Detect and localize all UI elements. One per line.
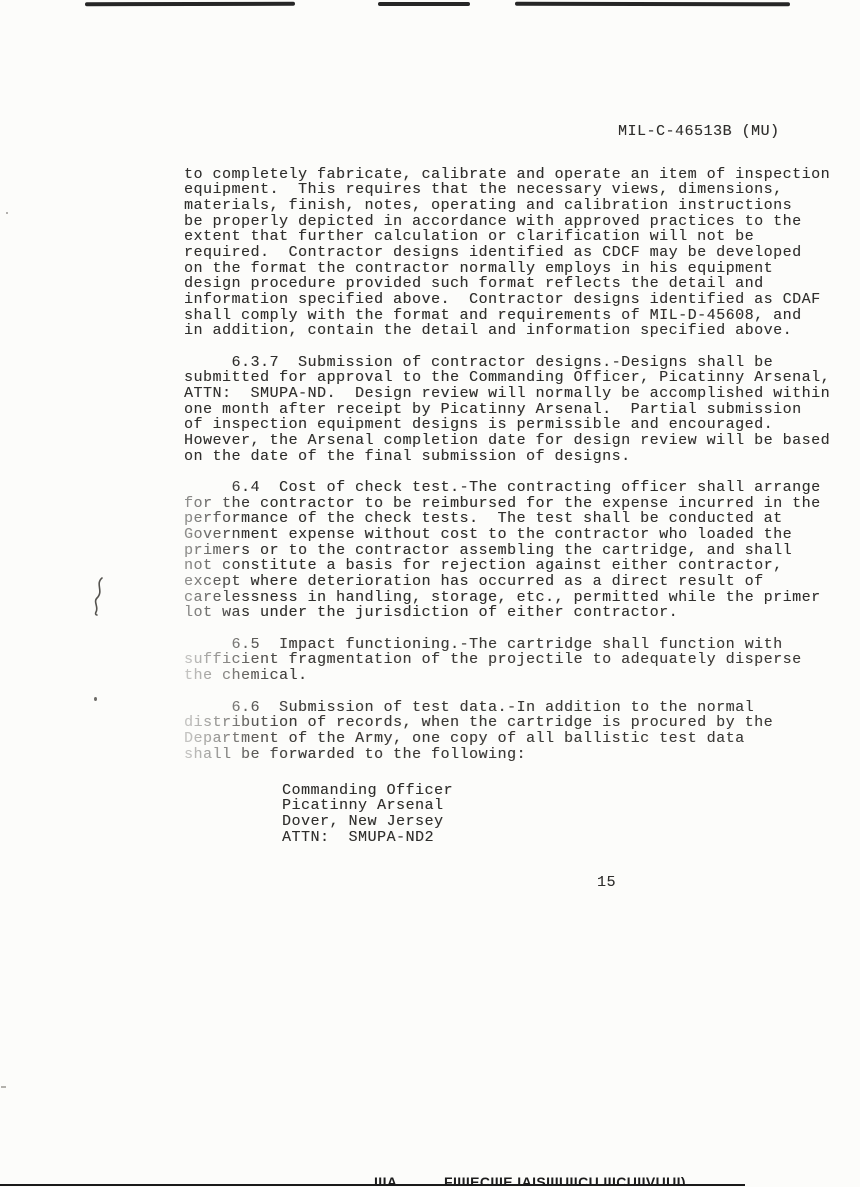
paragraph-6-3-7-submission-of-contractor-designs: 6.3.7 Submission of contractor designs.-… (184, 355, 830, 465)
address-block: Commanding Officer Picatinny Arsenal Dov… (282, 783, 453, 846)
scan-artifact-edge-dash (1, 1086, 6, 1088)
paragraph-6-6-submission-of-test-data: 6.6 Submission of test data.-In addition… (184, 700, 773, 763)
scan-artifact-top-dash-middle (378, 2, 470, 6)
paragraph-6-5-impact-functioning: 6.5 Impact functioning.-The cartridge sh… (184, 637, 802, 684)
page-number: 15 (597, 875, 616, 891)
scan-artifact-bottom-rule (0, 1184, 745, 1186)
document-number: MIL-C-46513B (MU) (618, 124, 780, 140)
scan-artifact-edge-dot (6, 212, 8, 214)
scan-artifact-top-dash-right (515, 2, 790, 6)
paragraph-continuation: to completely fabricate, calibrate and o… (184, 167, 830, 339)
scan-artifact-ink-dot (94, 697, 97, 701)
document-page: MIL-C-46513B (MU) to completely fabricat… (0, 0, 860, 1187)
paragraph-6-4-cost-of-check-test: 6.4 Cost of check test.-The contracting … (184, 480, 821, 621)
scan-artifact-cutoff-print: IIIA FIIIIECIIIE IAISIIIUIICU IIICUIIVUU… (374, 1175, 774, 1184)
scan-artifact-pen-squiggle (91, 577, 107, 617)
scan-artifact-top-dash-left (85, 2, 295, 7)
